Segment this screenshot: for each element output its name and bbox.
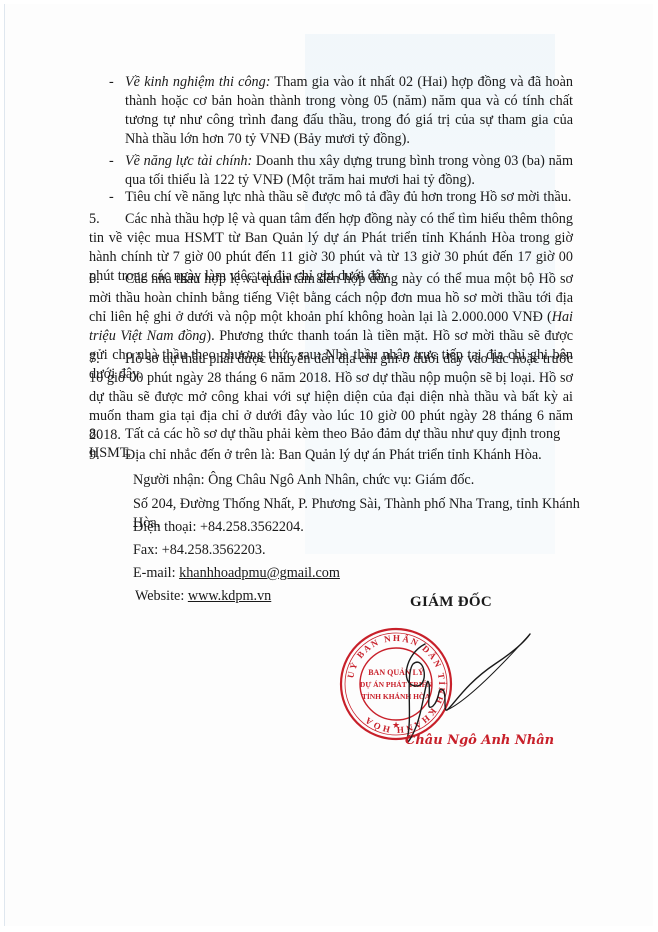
- criterion-label: Về năng lực tài chính:: [125, 153, 252, 169]
- section-number: 6.: [89, 270, 125, 289]
- section-number: 8.: [89, 425, 125, 444]
- contact-phone: Điện thoại: +84.258.3562204.: [133, 518, 573, 537]
- signer-name: Châu Ngô Anh Nhân: [405, 731, 554, 750]
- contact-email-line: E-mail: khanhhoadpmu@gmail.com: [133, 564, 573, 583]
- section-number: 9.: [89, 446, 125, 465]
- bullet-dash: -: [109, 73, 114, 92]
- section-text: Các nhà thầu hợp lệ và quan tâm đến hợp …: [89, 271, 573, 325]
- contact-website-line: Website: www.kdpm.vn: [135, 587, 575, 606]
- criterion-construction-experience: Về kinh nghiệm thi công: Tham gia vào ít…: [125, 73, 573, 149]
- section-number: 5.: [89, 210, 125, 229]
- bullet-dash: -: [109, 152, 114, 171]
- criterion-label: Về kinh nghiệm thi công:: [125, 74, 270, 90]
- document-page: - Về kinh nghiệm thi công: Tham gia vào …: [4, 4, 653, 926]
- section-number: 7.: [89, 350, 125, 369]
- section-text: Địa chỉ nhắc đến ở trên là: Ban Quản lý …: [125, 447, 542, 463]
- website-link[interactable]: www.kdpm.vn: [188, 588, 271, 604]
- criterion-note: Tiêu chí về năng lực nhà thầu sẽ được mô…: [125, 188, 573, 207]
- website-label: Website:: [135, 588, 188, 604]
- bullet-dash: -: [109, 188, 114, 207]
- criterion-financial-capacity: Về năng lực tài chính: Doanh thu xây dựn…: [125, 152, 573, 190]
- email-link[interactable]: khanhhoadpmu@gmail.com: [179, 565, 340, 581]
- section-9: 9.Địa chỉ nhắc đến ở trên là: Ban Quản l…: [89, 446, 573, 465]
- signatory-title: GIÁM ĐỐC: [410, 593, 492, 612]
- contact-fax: Fax: +84.258.3562203.: [133, 541, 573, 560]
- contact-recipient: Người nhận: Ông Châu Ngô Anh Nhân, chức …: [133, 471, 573, 490]
- email-label: E-mail:: [133, 565, 179, 581]
